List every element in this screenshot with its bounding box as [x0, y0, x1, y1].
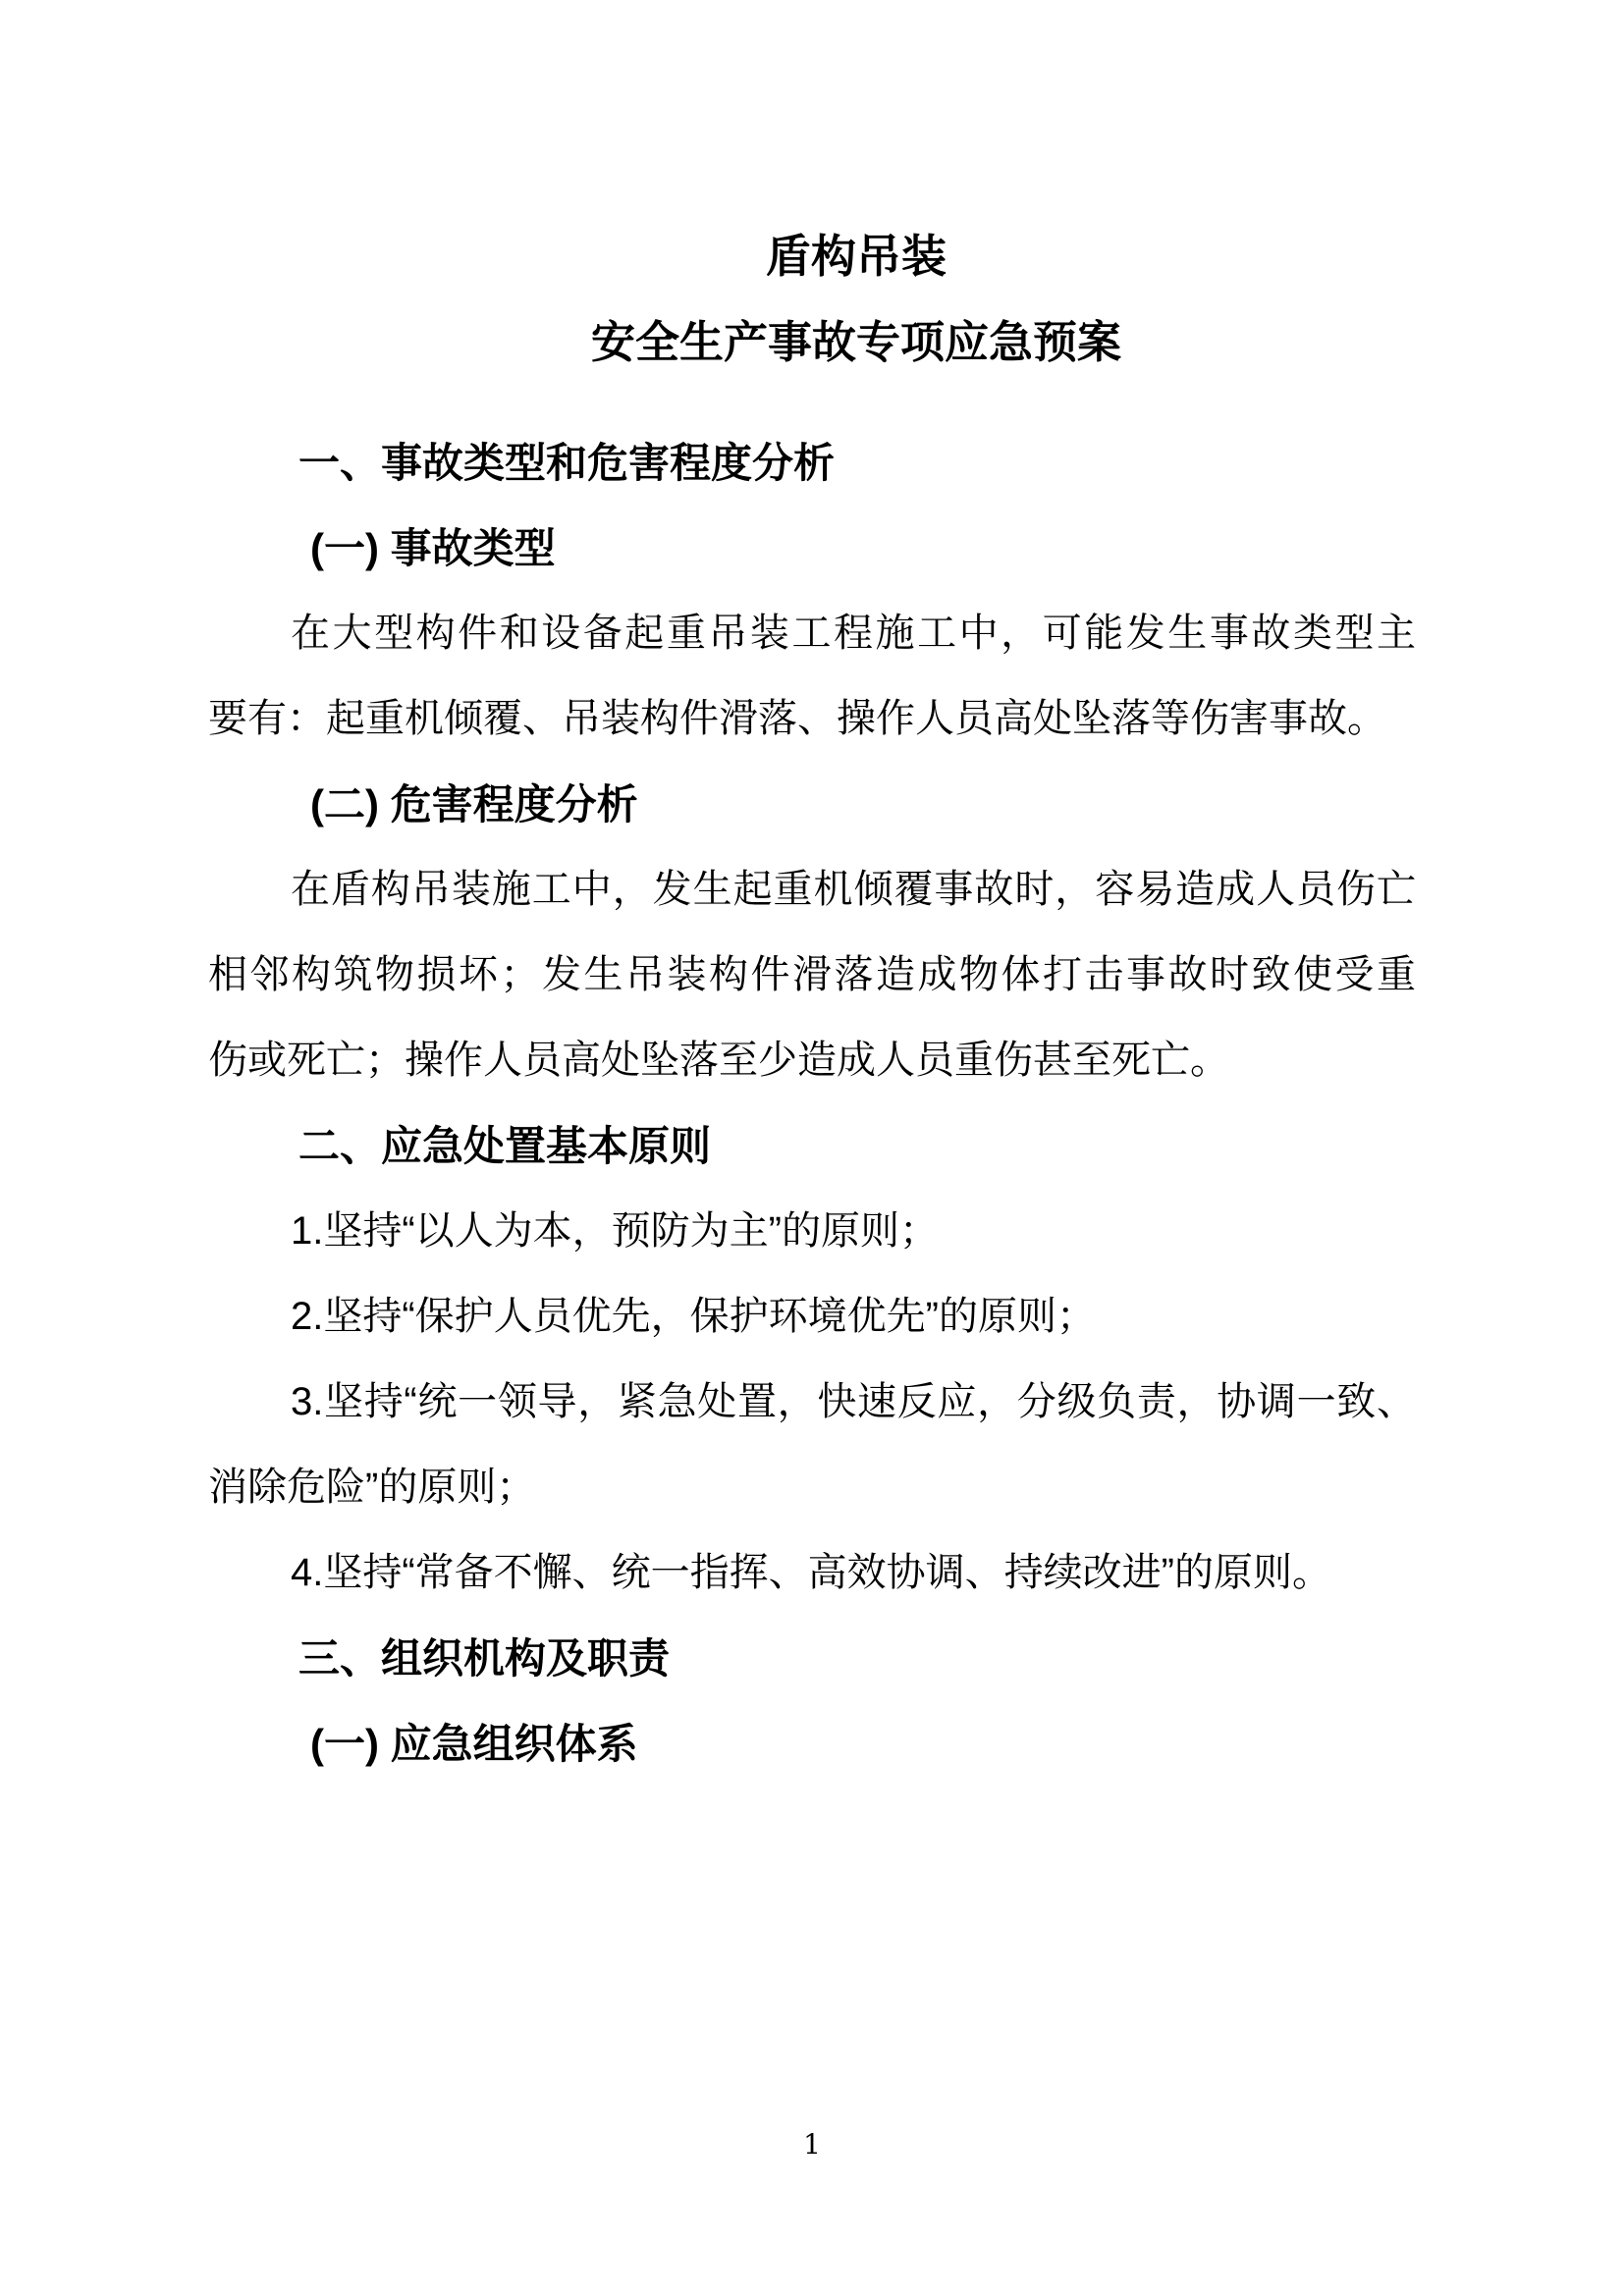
text-line: (二) 危害程度分析	[208, 762, 1416, 847]
text-line: 消除危险”的原则；	[208, 1445, 1416, 1530]
text-line: (一) 事故类型	[208, 506, 1416, 591]
text-line: 在大型构件和设备起重吊装工程施工中，可能发生事故类型主	[208, 591, 1416, 676]
title-block: 盾构吊装 安全生产事故专项应急预案	[0, 214, 1624, 385]
text-line: 4.坚持“常备不懈、统一指挥、高效协调、持续改进”的原则。	[208, 1530, 1416, 1616]
document-body: 一、事故类型和危害程度分析(一) 事故类型在大型构件和设备起重吊装工程施工中，可…	[208, 420, 1416, 1787]
page-number: 1	[0, 2122, 1624, 2167]
document-title: 盾构吊装	[88, 214, 1624, 299]
text-line: 1.坚持“以人为本，预防为主”的原则；	[208, 1189, 1416, 1274]
text-line: 二、应急处置基本原则	[208, 1103, 1416, 1189]
document-page: 盾构吊装 安全生产事故专项应急预案 一、事故类型和危害程度分析(一) 事故类型在…	[0, 0, 1624, 2296]
text-line: 伤或死亡；操作人员高处坠落至少造成人员重伤甚至死亡。	[208, 1018, 1416, 1103]
text-line: 在盾构吊装施工中，发生起重机倾覆事故时，容易造成人员伤亡	[208, 847, 1416, 933]
document-subtitle: 安全生产事故专项应急预案	[88, 299, 1624, 385]
text-line: 一、事故类型和危害程度分析	[208, 420, 1416, 506]
text-line: 相邻构筑物损坏；发生吊装构件滑落造成物体打击事故时致使受重	[208, 933, 1416, 1018]
text-line: 3.坚持“统一领导，紧急处置，快速反应，分级负责，协调一致、	[208, 1360, 1416, 1445]
text-line: 2.坚持“保护人员优先，保护环境优先”的原则；	[208, 1274, 1416, 1360]
text-line: 三、组织机构及职责	[208, 1616, 1416, 1701]
text-line: (一) 应急组织体系	[208, 1701, 1416, 1787]
text-line: 要有：起重机倾覆、吊装构件滑落、操作人员高处坠落等伤害事故。	[208, 676, 1416, 762]
